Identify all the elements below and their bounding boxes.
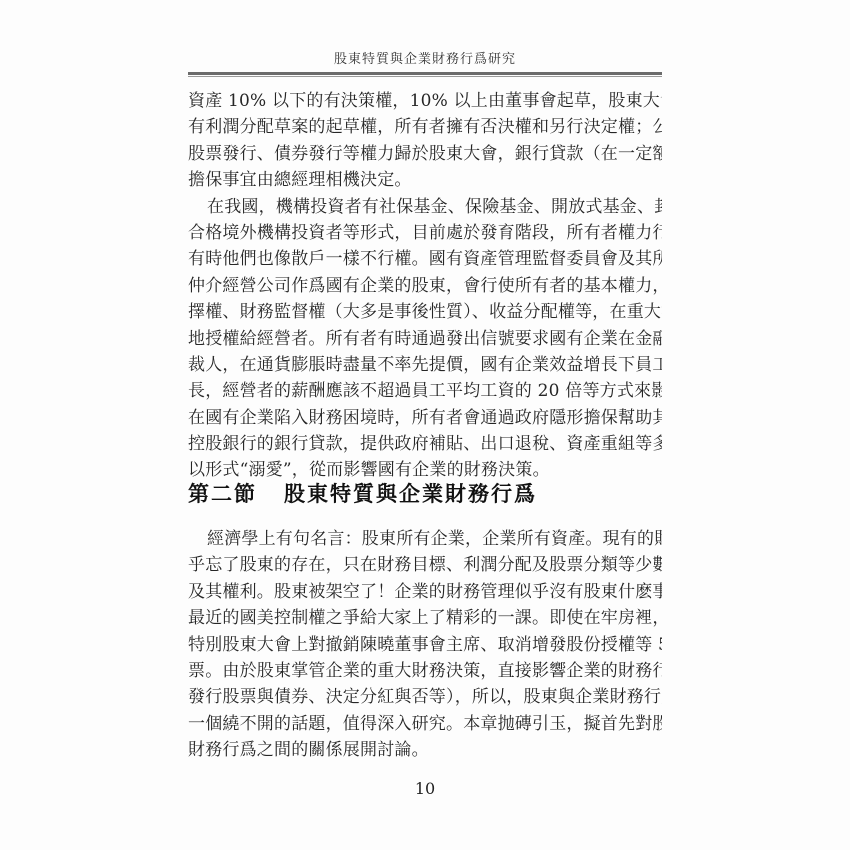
section-heading: 第二節股東特質與企業財務行爲	[188, 480, 537, 508]
paragraph-2-line-8: 長，經營者的薪酬應該不超過員工平均工資的 20 倍等方式來影響其財務決策。	[188, 379, 662, 403]
paragraph-3-line-5: 特別股東大會上對撤銷陳曉董事會主席、取消增發股份授權等 5 項決議投讚成	[188, 633, 662, 657]
paragraph-2-line-3: 有時他們也像散戶一樣不行權。國有資產管理監督委員會及其所屬的國有資產	[188, 247, 662, 271]
section-title: 股東特質與企業財務行爲	[284, 482, 537, 506]
paragraph-2-line-10: 控股銀行的銀行貸款，提供政府補貼、出口退稅、資產重組等多種方式對其加	[188, 432, 662, 456]
paragraph-1-line-2: 有利潤分配草案的起草權，所有者擁有否決權和另行決定權；公司並購、分立、	[188, 115, 662, 139]
paragraph-3-line-2: 乎忘了股東的存在，只在財務目標、利潤分配及股票分類等少數地方提到股東	[188, 553, 662, 577]
paragraph-2-line-1: 在我國，機構投資者有社保基金、保險基金、開放式基金、封閉式基金、	[207, 195, 662, 219]
running-head: 股東特質與企業財務行爲研究	[188, 48, 662, 67]
page-number: 10	[405, 779, 445, 798]
header-rule-thin	[188, 76, 662, 77]
paragraph-3-line-8: 一個繞不開的話題，值得深入研究。本章抛磚引玉，擬首先對股東特質與企業	[188, 712, 662, 736]
paragraph-3-line-3: 及其權利。股東被架空了！企業的財務管理似乎沒有股東什麽事。果真如此嗎？	[188, 580, 662, 604]
paragraph-2-line-6: 地授權給經營者。所有者有時通過發出信號要求國有企業在金融危機下盡量不	[188, 327, 662, 351]
header-rule-thick	[188, 72, 662, 75]
section-number: 第二節	[188, 480, 284, 508]
paragraph-3-line-4: 最近的國美控制權之爭給大家上了精彩的一課。即使在牢房裡，黄光裕也要在	[188, 606, 662, 630]
paragraph-2-line-7: 裁人，在通貨膨脹時盡量不率先提價，國有企業效益增長下員工工資有適當增	[188, 353, 662, 377]
paragraph-2-line-4: 仲介經營公司作爲國有企業的股東，會行使所有者的基本權力，比如經營者選	[188, 274, 662, 298]
paragraph-2-line-5: 擇權、財務監督權（大多是事後性質）、收益分配權等，在重大決策方面更多	[188, 300, 662, 324]
paragraph-1-line-4: 擔保事宜由總經理相機決定。	[188, 168, 662, 192]
paragraph-3-line-9: 財務行爲之間的關係展開討論。	[188, 738, 662, 762]
paragraph-2-line-2: 合格境外機構投資者等形式，目前處於發育階段，所有者權力行使偶爾爲之，	[188, 221, 662, 245]
paragraph-1-line-3: 股票發行、債券發行等權力歸於股東大會，銀行貸款（在一定額度內）及相關	[188, 142, 662, 166]
paragraph-3-line-1: 經濟學上有句名言：股東所有企業，企業所有資產。現有的財務教科書似	[207, 527, 662, 551]
paragraph-1-line-1: 資產 10% 以下的有決策權，10% 以上由董事會起草，股東大會決定；經營者擁	[188, 89, 662, 113]
paragraph-2-line-9: 在國有企業陷入財務困境時，所有者會通過政府隱形擔保幫助其獲得四大國有	[188, 406, 662, 430]
book-page: 股東特質與企業財務行爲研究 資產 10% 以下的有決策權，10% 以上由董事會起…	[0, 0, 850, 850]
paragraph-3-line-7: 發行股票與債券、決定分紅與否等），所以，股東與企業財務行爲之間的關係是	[188, 685, 662, 709]
paragraph-2-line-11: 以形式“溺愛”，從而影響國有企業的財務決策。	[188, 458, 662, 482]
paragraph-3-line-6: 票。由於股東掌管企業的重大財務決策，直接影響企業的財務行爲（比如並購、	[188, 659, 662, 683]
